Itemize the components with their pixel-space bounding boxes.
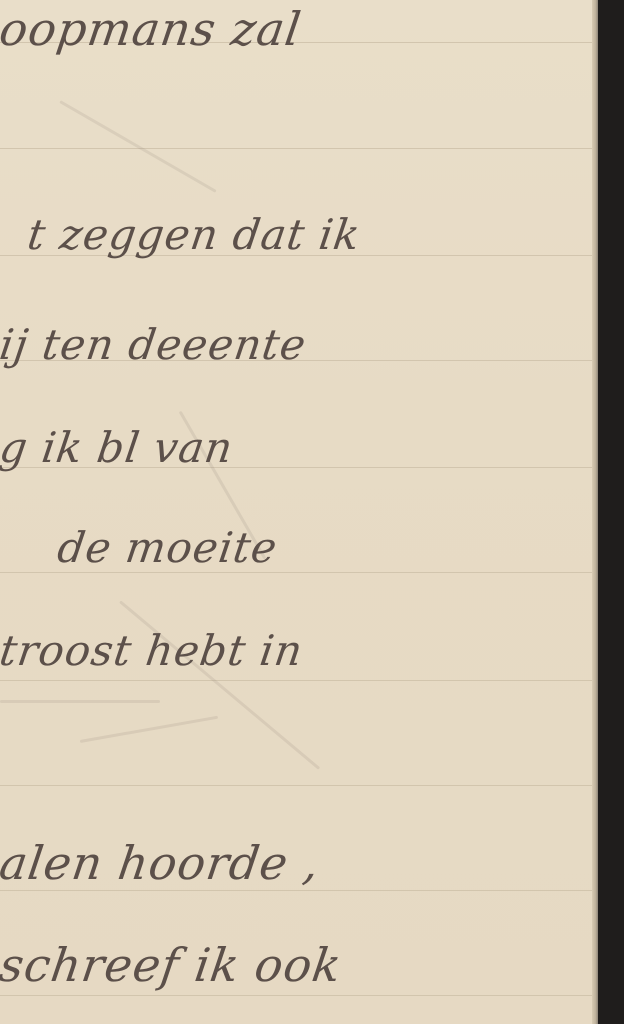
handwritten-line-7: alen hoorde , <box>0 836 323 890</box>
ruled-line <box>0 995 596 996</box>
ruled-line <box>0 572 596 573</box>
handwritten-line-2: t zeggen dat ik <box>25 210 364 259</box>
handwritten-line-4: g ik bl van <box>0 423 236 472</box>
bleed-through-stroke <box>59 100 216 193</box>
dark-backing-board <box>598 0 624 1024</box>
handwritten-line-1: oopmans zal <box>0 2 305 56</box>
ruled-line <box>0 785 596 786</box>
handwritten-line-6: troost hebt in <box>0 626 306 675</box>
handwritten-line-5: de moeite <box>55 523 281 572</box>
ruled-line <box>0 148 596 149</box>
bleed-through-stroke <box>80 716 218 743</box>
ruled-line <box>0 890 596 891</box>
handwritten-line-3: ij ten deeente <box>0 320 310 369</box>
handwritten-line-8: schreef ik ook <box>0 938 345 992</box>
letter-page: oopmans zal t zeggen dat ik ij ten deeen… <box>0 0 596 1024</box>
ruled-line <box>0 680 596 681</box>
bleed-through-stroke <box>0 700 160 703</box>
